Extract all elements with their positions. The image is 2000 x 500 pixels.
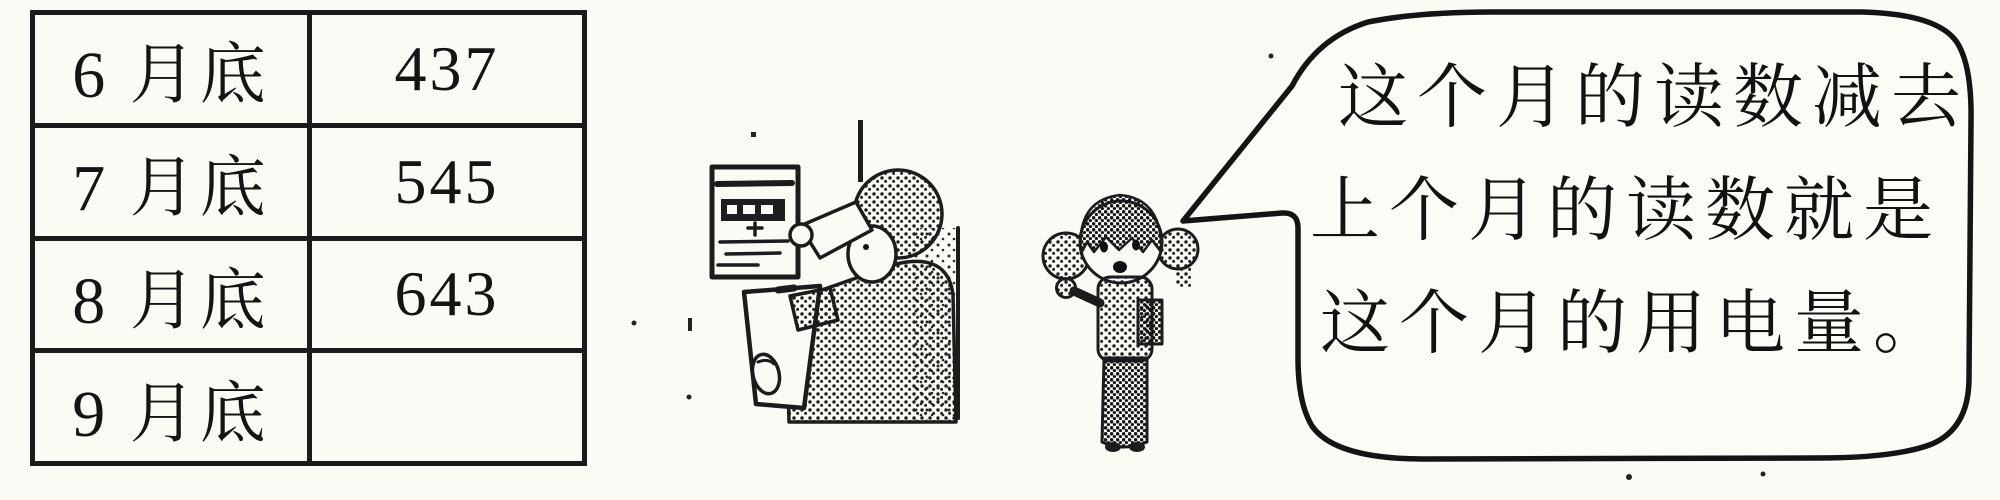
meter-reader-illustration: [712, 120, 960, 422]
speech-bubble-text: 这个月的读数减去 上个月的读数就是 这个月的用电量。: [1310, 42, 1958, 381]
girl-pigtail-right: [1158, 229, 1198, 269]
girl-skirt: [1102, 358, 1147, 447]
electric-meter-icon: [712, 167, 798, 277]
worksheet-page: 6 月底 437 7 月底 545 8 月底 643 9 月底: [0, 0, 2000, 500]
girl-arm: [1074, 291, 1100, 303]
wall-line: [858, 120, 863, 182]
girl-mouth: [1113, 261, 1127, 273]
girl-satchel: [1138, 300, 1162, 344]
speech-line: 这个月的用电量。: [1310, 268, 1958, 381]
girl-hair: [1080, 195, 1161, 254]
girl-illustration: [1043, 195, 1198, 452]
speech-line: 上个月的读数就是: [1310, 155, 1958, 268]
girl-fist: [1057, 279, 1076, 298]
reader-hand: [790, 224, 812, 246]
speech-line: 这个月的读数减去: [1310, 42, 1958, 155]
